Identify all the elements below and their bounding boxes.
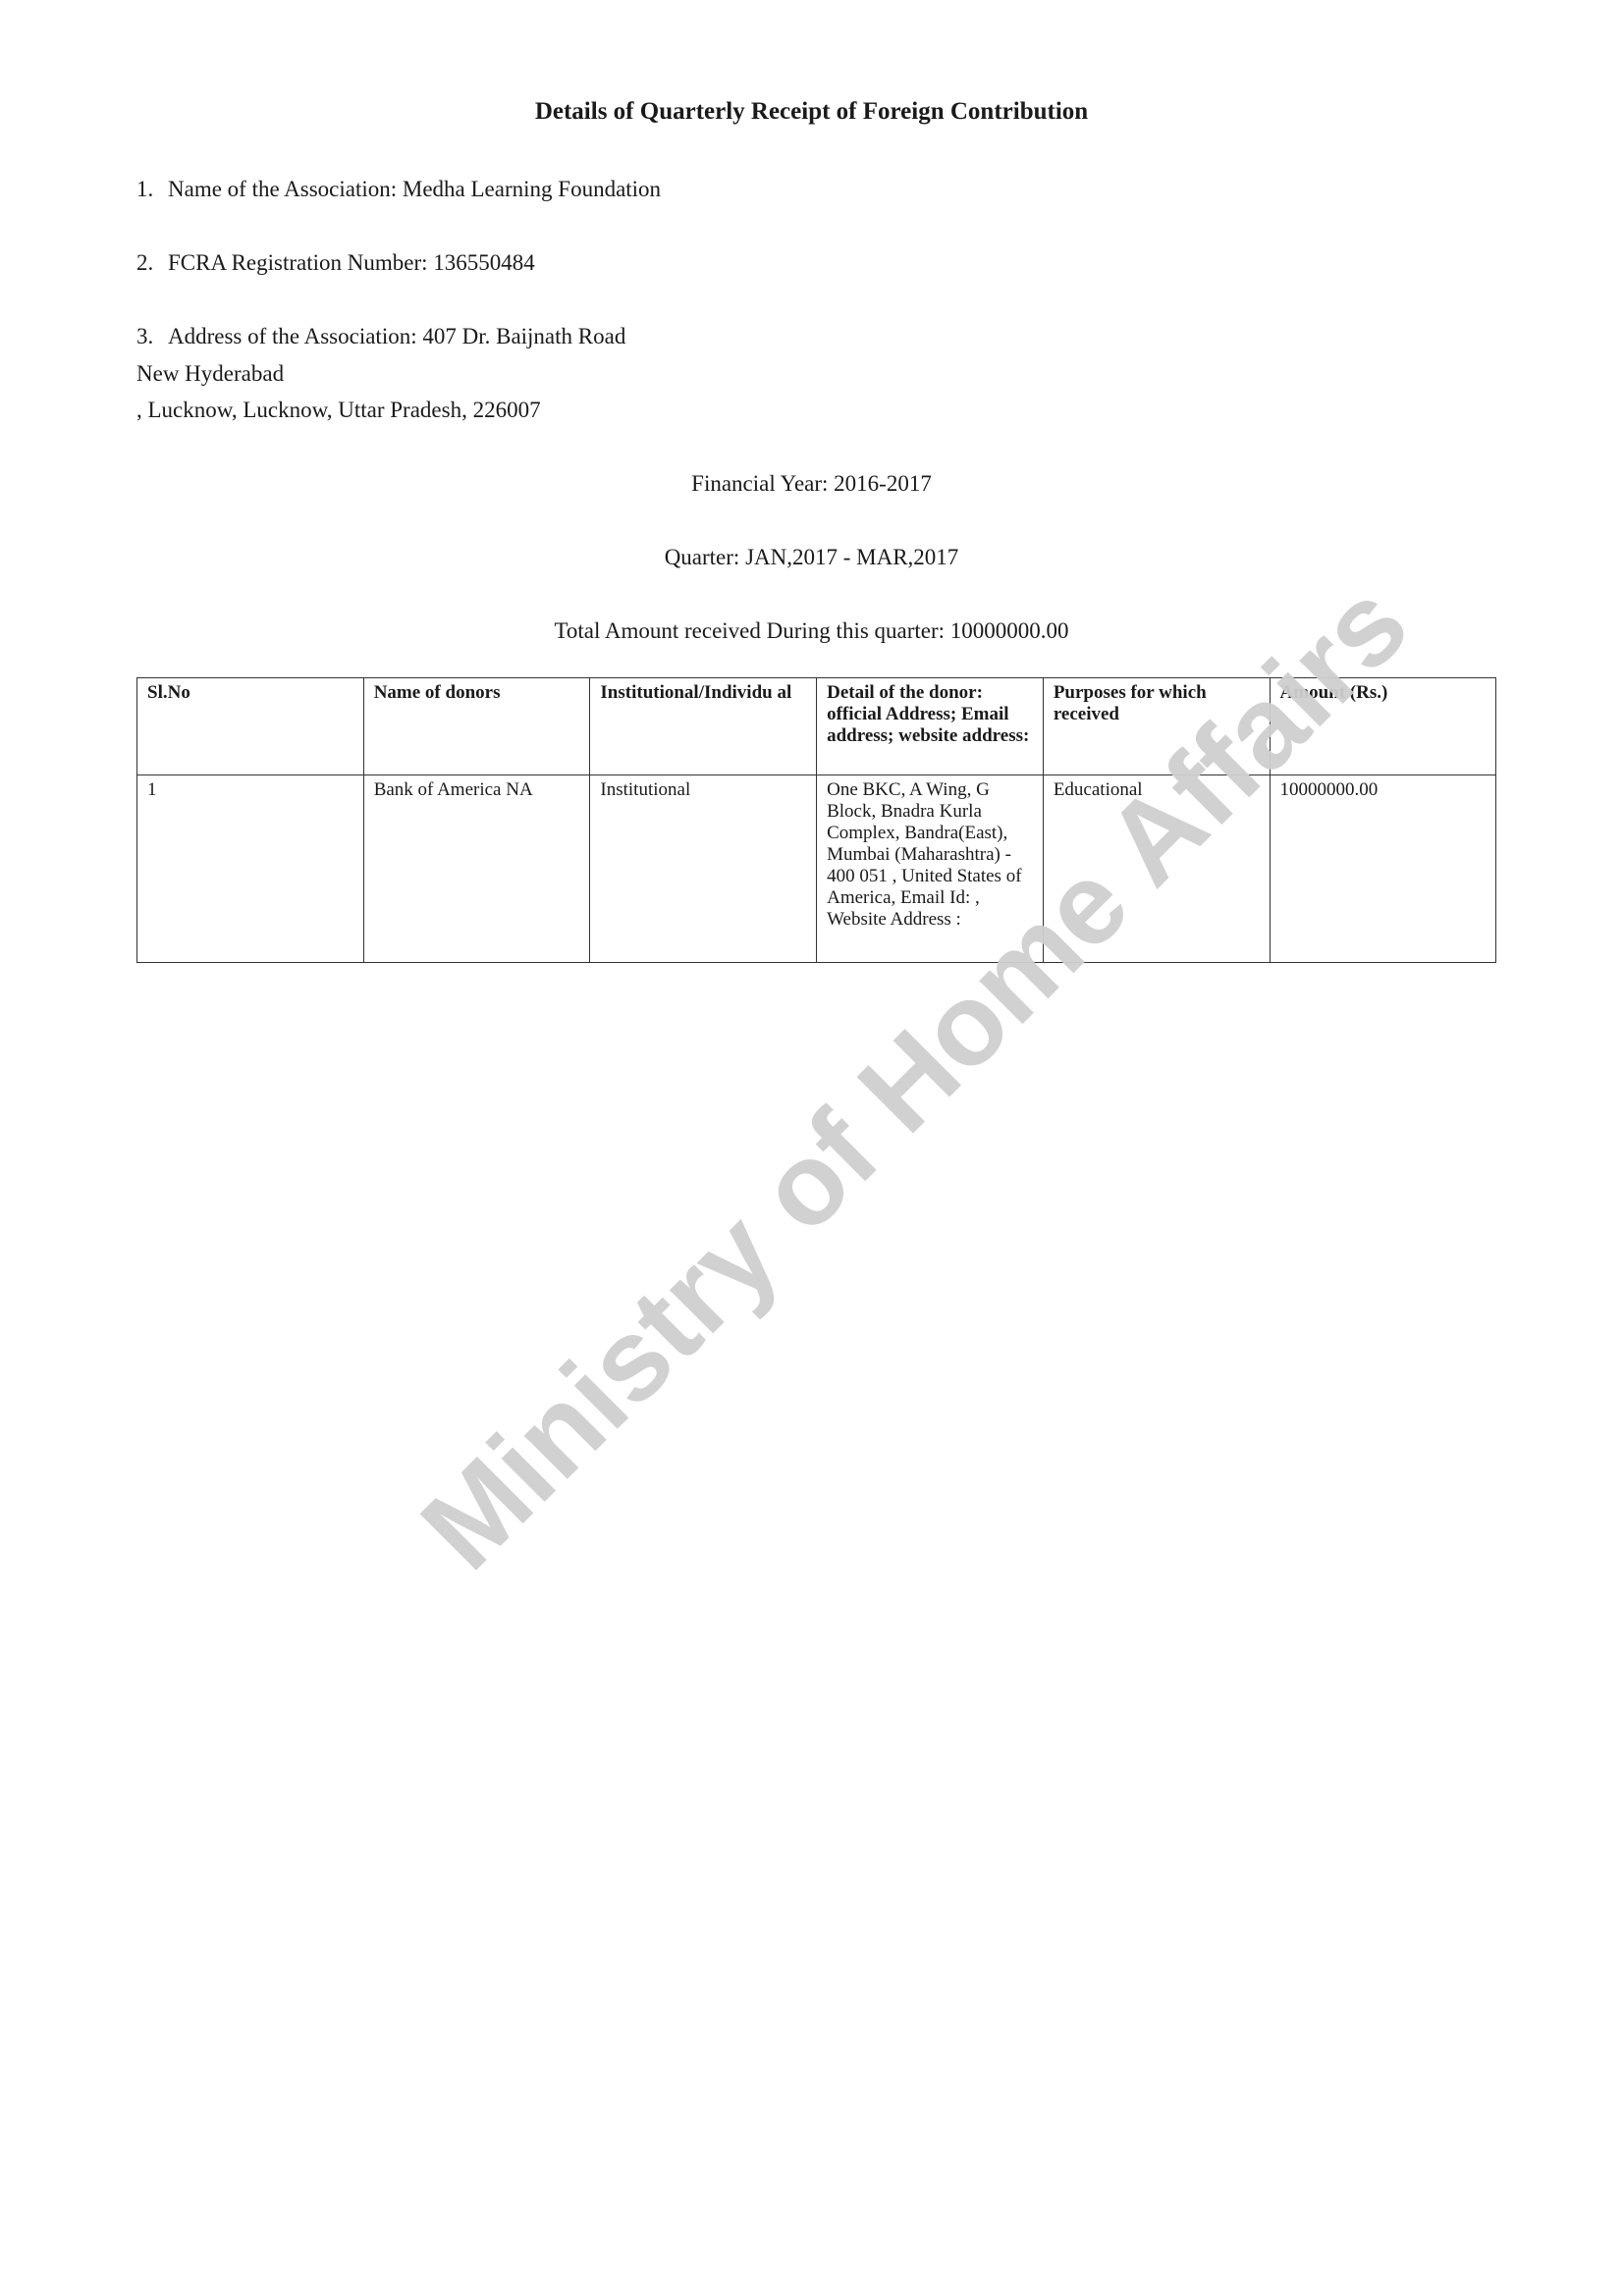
header-sl-no: Sl.No [137, 678, 364, 775]
table-header-row: Sl.No Name of donors Institutional/Indiv… [137, 678, 1496, 775]
cell-donor-type: Institutional [590, 775, 817, 963]
association-address: Address of the Association: 407 Dr. Baij… [168, 324, 625, 348]
cell-donor-details: One BKC, A Wing, G Block, Bnadra Kurla C… [817, 775, 1044, 963]
header-amount: Amount (Rs.) [1270, 678, 1495, 775]
cell-purpose: Educational [1043, 775, 1270, 963]
header-donor-details: Detail of the donor: official Address; E… [817, 678, 1044, 775]
item-number: 3. [136, 324, 168, 349]
donors-table: Sl.No Name of donors Institutional/Indiv… [136, 677, 1496, 963]
association-name-line: 1.Name of the Association: Medha Learnin… [136, 177, 661, 202]
total-amount: Total Amount received During this quarte… [0, 618, 1623, 644]
document-title: Details of Quarterly Receipt of Foreign … [0, 98, 1623, 126]
header-purpose: Purposes for which received [1043, 678, 1270, 775]
table-row: 1 Bank of America NA Institutional One B… [137, 775, 1496, 963]
fcra-registration-number: FCRA Registration Number: 136550484 [168, 250, 535, 275]
cell-sl-no: 1 [137, 775, 364, 963]
fcra-registration-line: 2.FCRA Registration Number: 136550484 [136, 250, 535, 276]
quarter: Quarter: JAN,2017 - MAR,2017 [0, 545, 1623, 570]
association-name: Name of the Association: Medha Learning … [168, 177, 661, 201]
item-number: 2. [136, 250, 168, 276]
address-line-3: , Lucknow, Lucknow, Uttar Pradesh, 22600… [136, 398, 541, 423]
address-line-2: New Hyderabad [136, 361, 284, 387]
item-number: 1. [136, 177, 168, 202]
financial-year: Financial Year: 2016-2017 [0, 471, 1623, 497]
header-donor-type: Institutional/Individu al [590, 678, 817, 775]
cell-donor-name: Bank of America NA [363, 775, 590, 963]
association-address-line: 3.Address of the Association: 407 Dr. Ba… [136, 324, 625, 349]
header-donor-name: Name of donors [363, 678, 590, 775]
cell-amount: 10000000.00 [1270, 775, 1495, 963]
